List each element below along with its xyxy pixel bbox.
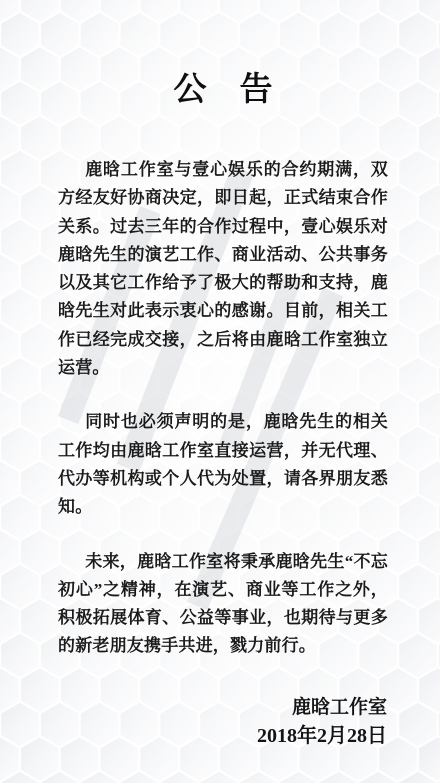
announcement-content: 公 告 鹿晗工作室与壹心娱乐的合约期满，双方经友好协商决定，即日起，正式结束合作… [0,0,440,783]
paragraph-3: 未来，鹿晗工作室将秉承鹿晗先生“不忘初心”之精神，在演艺、商业等工作之外，积极拓… [58,548,388,661]
announcement-body: 鹿晗工作室与壹心娱乐的合约期满，双方经友好协商决定，即日起，正式结束合作关系。过… [58,156,388,661]
date: 2018年2月28日 [257,722,387,750]
signature: 鹿晗工作室 [257,694,387,722]
paragraph-1: 鹿晗工作室与壹心娱乐的合约期满，双方经友好协商决定，即日起，正式结束合作关系。过… [58,156,388,382]
announcement-document: 公 告 鹿晗工作室与壹心娱乐的合约期满，双方经友好协商决定，即日起，正式结束合作… [0,0,440,783]
signature-block: 鹿晗工作室 2018年2月28日 [257,694,387,750]
page-title: 公 告 [58,70,388,110]
paragraph-2: 同时也必须声明的是，鹿晗先生的相关工作均由鹿晗工作室直接运营，并无代理、代办等机… [58,408,388,521]
